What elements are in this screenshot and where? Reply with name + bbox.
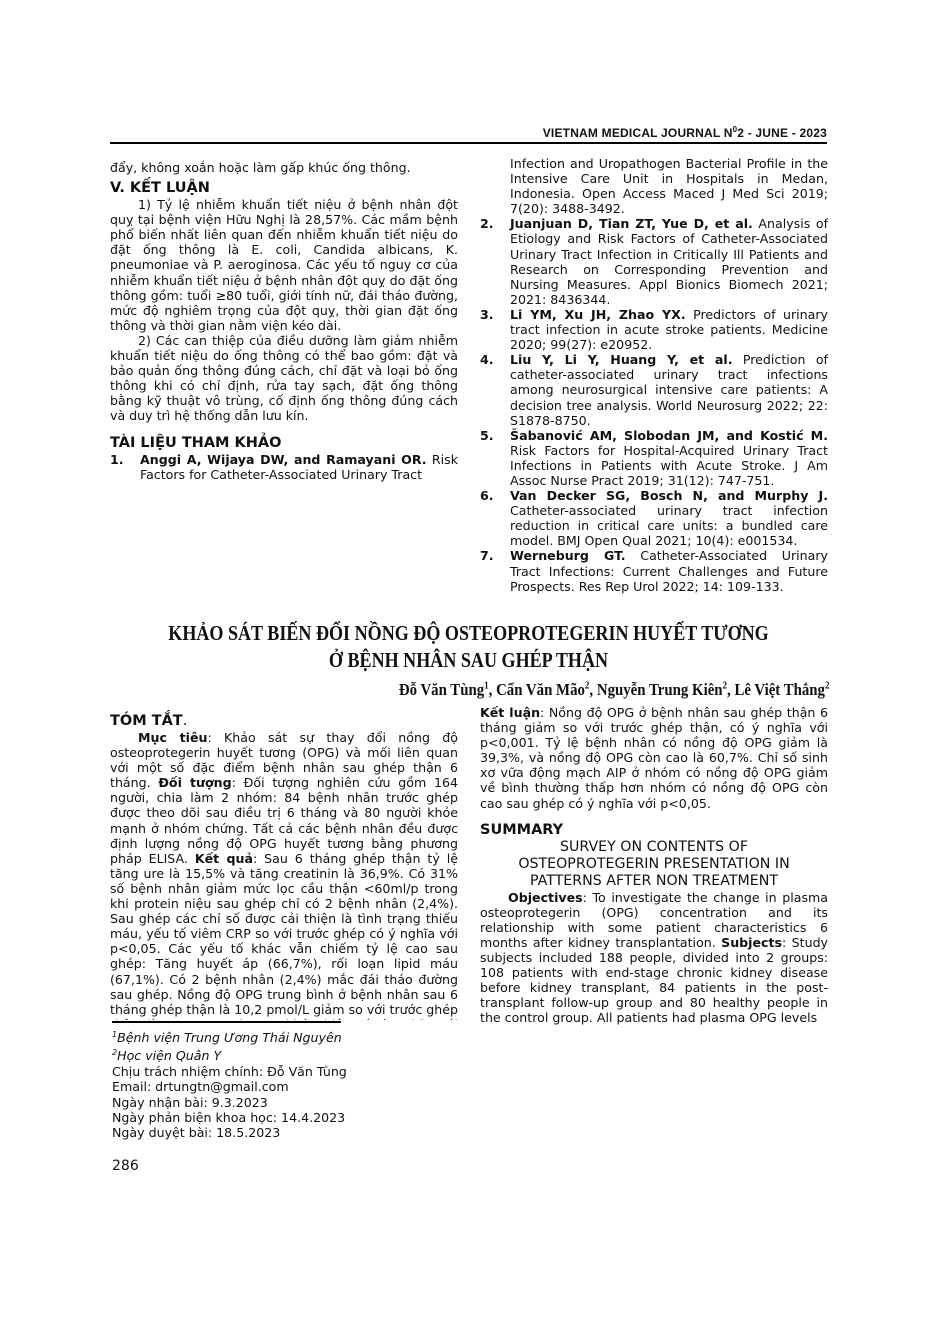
accepted-date: Ngày duyệt bài: 18.5.2023 — [112, 1125, 462, 1140]
reference-authors: Werneburg GT. — [510, 548, 626, 563]
review-date: Ngày phản biện khoa học: 14.4.2023 — [112, 1110, 462, 1125]
reference-item-1: 1. Anggi A, Wijaya DW, and Ramayani OR. … — [110, 452, 458, 482]
reference-item-6: 6. Van Decker SG, Bosch N, and Murphy J.… — [480, 488, 828, 548]
author-affiliation: 2 — [584, 681, 589, 692]
summary-title-line-3: PATTERNS AFTER NON TREATMENT — [480, 873, 828, 890]
abstract-paragraph: Mục tiêu: Khảo sát sự thay đổi nồng độ o… — [110, 730, 458, 1020]
reference-authors: Šabanović AM, Slobodan JM, and Kostić M. — [510, 428, 828, 443]
reference-authors: Liu Y, Li Y, Huang Y, et al. — [510, 352, 733, 367]
footnotes: 1Bệnh viện Trung Ương Thái Nguyên 2Học v… — [112, 1027, 462, 1140]
reference-authors: Van Decker SG, Bosch N, and Murphy J. — [510, 488, 828, 503]
summary-heading: SUMMARY — [480, 821, 828, 839]
subjects-label-en: Subjects — [721, 935, 782, 950]
issue-date: 2 - JUNE - 2023 — [737, 126, 827, 140]
conclusion-heading: V. KẾT LUẬN — [110, 179, 458, 197]
author-affiliation: 1 — [484, 681, 489, 692]
abstract-right-column: Kết luận: Nồng độ OPG ở bệnh nhân sau gh… — [480, 705, 828, 1026]
received-date: Ngày nhận bài: 9.3.2023 — [112, 1095, 462, 1110]
reference-item-2: 2. Juanjuan D, Tian ZT, Yue D, et al. An… — [480, 216, 828, 307]
results-text: : Sau 6 tháng ghép thận tỷ lệ tăng ure l… — [110, 851, 458, 1020]
prev-article-left-column: đẩy, không xoắn hoặc làm gấp khúc ống th… — [110, 160, 458, 482]
author-name: Nguyễn Trung Kiên — [596, 680, 722, 699]
reference-title: Catheter-associated urinary tract infect… — [510, 503, 828, 548]
reference-authors: Juanjuan D, Tian ZT, Yue D, et al. — [510, 216, 753, 231]
affiliation-1: 1Bệnh viện Trung Ương Thái Nguyên — [112, 1027, 462, 1045]
abstract-heading: TÓM TẮT. — [110, 712, 458, 730]
reference-number: 6. — [480, 488, 510, 548]
author-list: Đỗ Văn Tùng1, Cấn Văn Mão2, Nguyễn Trung… — [398, 680, 829, 700]
reference-number: 7. — [480, 548, 510, 593]
objective-label: Mục tiêu — [138, 730, 208, 745]
reference-number: 5. — [480, 428, 510, 488]
carry-over-line: đẩy, không xoắn hoặc làm gấp khúc ống th… — [110, 160, 458, 175]
article-title-line-1: KHẢO SÁT BIẾN ĐỔI NỒNG ĐỘ OSTEOPROTEGERI… — [160, 620, 777, 647]
abstract-heading-text: TÓM TẮT — [110, 713, 183, 729]
reference-number: 2. — [480, 216, 510, 307]
reference-text: Anggi A, Wijaya DW, and Ramayani OR. Ris… — [140, 452, 458, 482]
summary-title-line-2: OSTEOPROTEGERIN PRESENTATION IN — [480, 856, 828, 873]
affiliation-name: Bệnh viện Trung Ương Thái Nguyên — [117, 1030, 342, 1045]
contact-email: Email: drtungtn@gmail.com — [112, 1079, 462, 1094]
journal-name: VIETNAM MEDICAL JOURNAL N — [543, 126, 733, 140]
objectives-label: Objectives — [508, 890, 583, 905]
author-affiliation: 2 — [825, 681, 830, 692]
page-number: 286 — [112, 1158, 139, 1174]
responsible-author: Chịu trách nhiệm chính: Đỗ Văn Tùng — [112, 1064, 462, 1079]
reference-text: Li YM, Xu JH, Zhao YX. Predictors of uri… — [510, 307, 828, 352]
conclusion-paragraph-2: 2) Các can thiệp của điều dưỡng làm giảm… — [110, 333, 458, 424]
reference-item-4: 4. Liu Y, Li Y, Huang Y, et al. Predicti… — [480, 352, 828, 427]
reference-authors: Anggi A, Wijaya DW, and Ramayani OR. — [140, 452, 427, 467]
author-name: Cấn Văn Mão — [496, 680, 585, 699]
reference-item-3: 3. Li YM, Xu JH, Zhao YX. Predictors of … — [480, 307, 828, 352]
reference-title: Risk Factors for Hospital-Acquired Urina… — [510, 443, 828, 488]
reference-item-5: 5. Šabanović AM, Slobodan JM, and Kostić… — [480, 428, 828, 488]
abstract-conclusion-paragraph: Kết luận: Nồng độ OPG ở bệnh nhân sau gh… — [480, 705, 828, 811]
author-affiliation: 2 — [722, 681, 727, 692]
journal-page: VIETNAM MEDICAL JOURNAL N02 - JUNE - 202… — [0, 0, 942, 1333]
reference-text: Juanjuan D, Tian ZT, Yue D, et al. Analy… — [510, 216, 828, 307]
conclusion-label: Kết luận — [480, 705, 540, 720]
reference-number: 1. — [110, 452, 140, 482]
reference-number: 3. — [480, 307, 510, 352]
author-name: Lê Việt Thắng — [734, 680, 824, 699]
conclusion-text: : Nồng độ OPG ở bệnh nhân sau ghép thận … — [480, 705, 828, 811]
running-header: VIETNAM MEDICAL JOURNAL N02 - JUNE - 202… — [110, 125, 827, 144]
prev-article-right-column: Infection and Uropathogen Bacterial Prof… — [480, 156, 828, 594]
subjects-label: Đối tượng — [158, 775, 231, 790]
reference-text: Šabanović AM, Slobodan JM, and Kostić M.… — [510, 428, 828, 488]
affiliation-2: 2Học viện Quân Y — [112, 1045, 462, 1063]
results-label: Kết quả — [195, 851, 253, 866]
footnote-divider — [112, 1021, 341, 1023]
article-title-line-2: Ở BỆNH NHÂN SAU GHÉP THẬN — [160, 647, 777, 674]
author-name: Đỗ Văn Tùng — [398, 680, 483, 699]
article-title: KHẢO SÁT BIẾN ĐỔI NỒNG ĐỘ OSTEOPROTEGERI… — [160, 620, 777, 674]
affiliation-name: Học viện Quân Y — [117, 1049, 221, 1064]
reference-number: 4. — [480, 352, 510, 427]
reference-1-continued: Infection and Uropathogen Bacterial Prof… — [480, 156, 828, 216]
conclusion-paragraph-1: 1) Tỷ lệ nhiễm khuẩn tiết niệu ở bệnh nh… — [110, 197, 458, 333]
references-heading: TÀI LIỆU THAM KHẢO — [110, 434, 458, 452]
abstract-left-column: TÓM TẮT. Mục tiêu: Khảo sát sự thay đổi … — [110, 708, 458, 1020]
reference-text: Liu Y, Li Y, Huang Y, et al. Prediction … — [510, 352, 828, 427]
summary-paragraph: Objectives: To investigate the change in… — [480, 890, 828, 1026]
reference-authors: Li YM, Xu JH, Zhao YX. — [510, 307, 686, 322]
abstract-heading-dot: . — [183, 713, 188, 729]
reference-text: Werneburg GT. Catheter-Associated Urinar… — [510, 548, 828, 593]
reference-item-7: 7. Werneburg GT. Catheter-Associated Uri… — [480, 548, 828, 593]
summary-title-line-1: SURVEY ON CONTENTS OF — [480, 839, 828, 856]
reference-text: Van Decker SG, Bosch N, and Murphy J. Ca… — [510, 488, 828, 548]
